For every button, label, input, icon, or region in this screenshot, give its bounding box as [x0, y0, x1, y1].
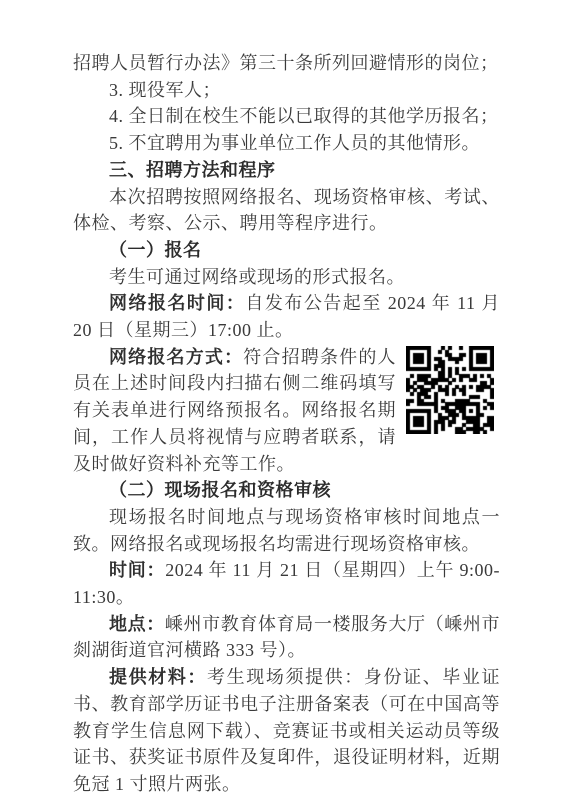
subsection-heading-1: （一）报名: [73, 237, 500, 264]
time-label: 时间：: [109, 560, 165, 580]
location-label: 地点：: [109, 614, 165, 634]
paragraph-procedure: 本次招聘按照网络报名、现场资格审核、考试、体检、考察、公示、聘用等程序进行。: [73, 184, 500, 237]
list-item-3: 3. 现役军人；: [73, 77, 500, 104]
paragraph-onsite-review: 现场报名时间地点与现场资格审核时间地点一致。网络报名或现场报名均需进行现场资格审…: [73, 504, 500, 557]
materials-label: 提供材料：: [109, 667, 207, 687]
registration-qr-code-icon: [406, 346, 494, 434]
page-number: 2: [0, 748, 569, 764]
paragraph-materials: 提供材料：考生现场须提供：身份证、毕业证书、教育部学历证书电子注册备案表（可在中…: [73, 664, 500, 798]
paragraph-signup-forms: 考生可通过网络或现场的形式报名。: [73, 264, 500, 291]
paragraph-online-time: 网络报名时间：自发布公告起至 2024 年 11 月 20 日（星期三）17:0…: [73, 290, 500, 343]
document-page: 招聘人员暂行办法》第三十条所列回避情形的岗位； 3. 现役军人； 4. 全日制在…: [0, 0, 569, 802]
subsection-heading-2: （二）现场报名和资格审核: [73, 477, 500, 504]
list-item-5: 5. 不宜聘用为事业单位工作人员的其他情形。: [73, 130, 500, 157]
qr-code-container: [406, 346, 494, 436]
list-item-4: 4. 全日制在校生不能以已取得的其他学历报名；: [73, 103, 500, 130]
section-heading-3: 三、招聘方法和程序: [73, 157, 500, 184]
paragraph-online-method: 网络报名方式：符合招聘条件的人员在上述时间段内扫描右侧二维码填写有关表单进行网络…: [73, 344, 500, 478]
paragraph-time: 时间：2024 年 11 月 21 日（星期四）上午 9:00-11:30。: [73, 557, 500, 610]
paragraph-continuation: 招聘人员暂行办法》第三十条所列回避情形的岗位；: [73, 50, 500, 77]
document-body: 招聘人员暂行办法》第三十条所列回避情形的岗位； 3. 现役军人； 4. 全日制在…: [73, 50, 500, 798]
online-method-label: 网络报名方式：: [109, 347, 243, 367]
paragraph-location: 地点：嵊州市教育体育局一楼服务大厅（嵊州市剡湖街道官河横路 333 号）。: [73, 611, 500, 664]
online-time-label: 网络报名时间：: [109, 293, 245, 313]
